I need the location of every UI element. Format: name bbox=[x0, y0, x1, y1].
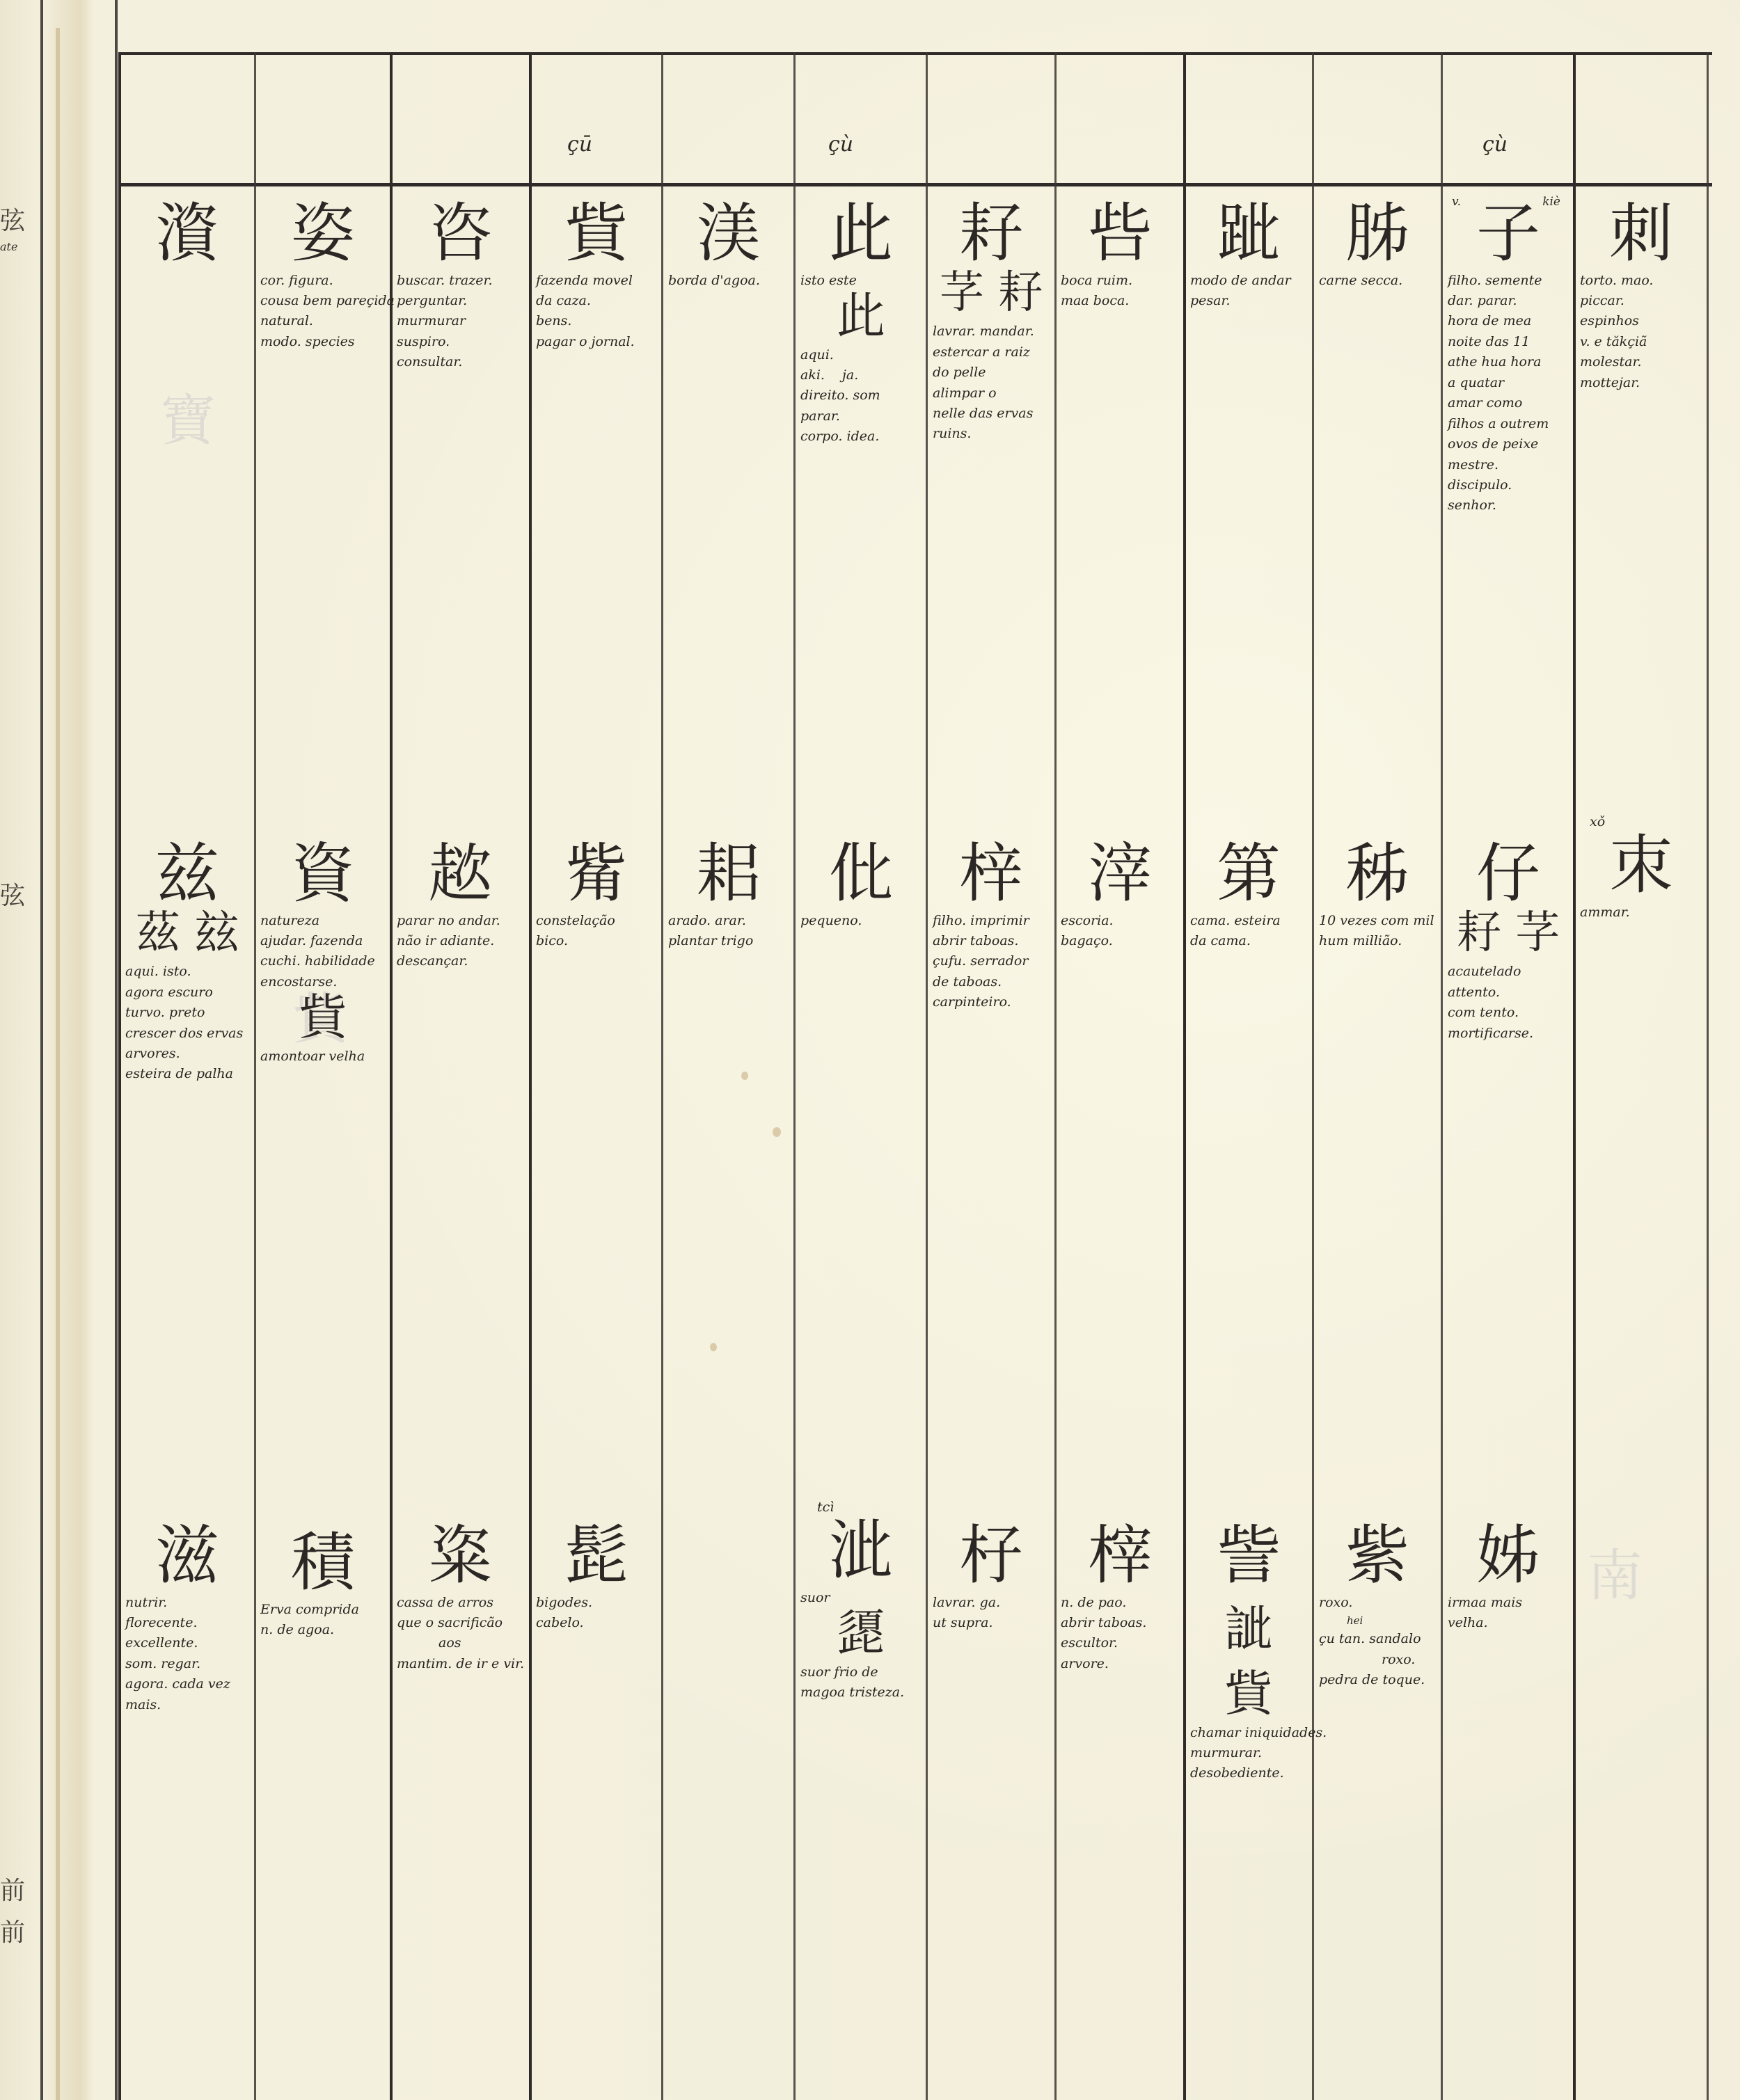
dictionary-column-5: 渼 borda d'agoa. 耜 arado. arar. plantar t… bbox=[664, 186, 793, 2100]
variant-chars: 茲 玆 bbox=[121, 908, 253, 960]
related-char: 貲 bbox=[256, 992, 390, 1044]
portuguese-gloss: irmaa mais velha. bbox=[1444, 1590, 1573, 1634]
column-rule bbox=[1707, 52, 1709, 2100]
dictionary-entry: 仔 耔 芓 acautelado attento. com tento. mor… bbox=[1444, 841, 1573, 1044]
header-reading: çū bbox=[567, 132, 592, 157]
dictionary-entry: 紫 roxo. hei çu tan. sandalo roxo. pedra … bbox=[1315, 1522, 1440, 1691]
dictionary-entry: 貲 fazenda movel da caza. bens. pagar o j… bbox=[532, 200, 661, 352]
headword-char: 姿 bbox=[256, 200, 390, 268]
dictionary-entry: 粢 cassa de arros que o sacrificão aos ma… bbox=[393, 1522, 528, 1674]
gutter-char: 前 bbox=[0, 1879, 28, 1904]
dictionary-entry: 耔 芓 耔 lavrar. mandar. estercar a raiz do… bbox=[928, 200, 1054, 445]
dictionary-entry: 此 isto este 此 aqui. aki. ja. direito. so… bbox=[796, 200, 926, 447]
portuguese-gloss: escoria. bagaço. bbox=[1057, 908, 1183, 952]
headword-char: 姊 bbox=[1444, 1522, 1573, 1590]
headword-char: 呰 bbox=[1057, 200, 1183, 268]
portuguese-gloss: arado. arar. plantar trigo bbox=[664, 908, 793, 952]
portuguese-gloss: cama. esteira da cama. bbox=[1186, 908, 1311, 952]
portuguese-gloss: bigodes. cabelo. bbox=[532, 1590, 661, 1634]
dictionary-entry: 資 natureza ajudar. fazenda cuchi. habili… bbox=[256, 841, 390, 1067]
headword-char: 觜 bbox=[532, 841, 661, 908]
headword-char: 朿 bbox=[1576, 832, 1707, 900]
column-rule bbox=[1441, 52, 1443, 2100]
table-left-border bbox=[115, 0, 118, 2100]
headword-char: 仔 bbox=[1444, 841, 1573, 908]
portuguese-gloss: n. de pao. abrir taboas. escultor. arvor… bbox=[1057, 1590, 1183, 1675]
portuguese-gloss: constelação bico. bbox=[532, 908, 661, 952]
portuguese-gloss: fazenda movel da caza. bens. pagar o jor… bbox=[532, 268, 661, 353]
dictionary-column-2: 姿 cor. figura. cousa bem pareçida natura… bbox=[256, 186, 390, 2100]
portuguese-gloss: parar no andar. não ir adiante. descança… bbox=[393, 908, 528, 972]
dictionary-entry: 滋 nutrir. florecente. excellente. som. r… bbox=[121, 1522, 253, 1715]
portuguese-gloss: carne secca. bbox=[1315, 268, 1440, 291]
gutter-char: 弦 bbox=[0, 884, 28, 909]
column-rule bbox=[793, 52, 796, 2100]
portuguese-gloss: lavrar. ga. ut supra. bbox=[928, 1590, 1054, 1634]
portuguese-gloss: filho. semente dar. parar. hora de mea n… bbox=[1444, 268, 1573, 516]
portuguese-gloss: roxo. hei çu tan. sandalo roxo. pedra de… bbox=[1315, 1590, 1440, 1691]
dictionary-column-8: 呰 boca ruim. maa boca. 滓 escoria. bagaço… bbox=[1057, 186, 1183, 2100]
dictionary-entry: 訾 訿 貲 chamar iniquidades. murmurar. deso… bbox=[1186, 1522, 1311, 1784]
dictionary-entry: 梓 filho. imprimir abrir taboas. çufu. se… bbox=[928, 841, 1054, 1013]
headword-char: 跐 bbox=[1186, 200, 1311, 268]
variant-chars: 耔 芓 bbox=[1444, 908, 1573, 960]
headword-char: 滓 bbox=[1057, 841, 1183, 908]
portuguese-gloss: ammar. bbox=[1576, 900, 1707, 923]
headword-char: 秭 bbox=[1315, 841, 1440, 908]
column-rule bbox=[661, 52, 663, 2100]
dictionary-entry: 滓 escoria. bagaço. bbox=[1057, 841, 1183, 951]
dictionary-column-12: 刺 torto. mao. piccar. espinhos v. e tăkç… bbox=[1576, 186, 1707, 2100]
headword-char: 髭 bbox=[532, 1522, 661, 1590]
dictionary-column-3: 咨 buscar. trazer. perguntar. murmurar su… bbox=[393, 186, 528, 2100]
headword-char: 耔 bbox=[928, 200, 1054, 268]
portuguese-gloss: buscar. trazer. perguntar. murmurar susp… bbox=[393, 268, 528, 373]
dictionary-entry: 刺 torto. mao. piccar. espinhos v. e tăkç… bbox=[1576, 200, 1707, 393]
variant-chars: 芓 耔 bbox=[928, 268, 1054, 319]
dictionary-column-11: v. kiè 子 filho. semente dar. parar. hora… bbox=[1444, 186, 1573, 2100]
dictionary-entry: 榟 n. de pao. abrir taboas. escultor. arv… bbox=[1057, 1522, 1183, 1674]
portuguese-gloss: aqui. isto. agora escuro turvo. preto cr… bbox=[121, 959, 253, 1085]
dictionary-entry: 胏 carne secca. bbox=[1315, 200, 1440, 291]
dictionary-entry: 第 cama. esteira da cama. bbox=[1186, 841, 1311, 951]
dictionary-entry: 髭 bigodes. cabelo. bbox=[532, 1522, 661, 1633]
headword-char: 資 bbox=[256, 841, 390, 908]
portuguese-gloss: chamar iniquidades. murmurar. desobedien… bbox=[1186, 1720, 1311, 1784]
dictionary-entry: 耜 arado. arar. plantar trigo bbox=[664, 841, 793, 951]
romanized-reading: hei bbox=[1319, 1613, 1436, 1629]
headword-char: 澬 bbox=[121, 200, 253, 268]
portuguese-gloss: amontoar velha bbox=[256, 1044, 390, 1067]
dictionary-column-6: 此 isto este 此 aqui. aki. ja. direito. so… bbox=[796, 186, 926, 2100]
headword-char: 泚 bbox=[796, 1518, 926, 1585]
portuguese-gloss: aqui. aki. ja. direito. som parar. corpo… bbox=[796, 342, 926, 447]
related-char: 此 bbox=[796, 291, 926, 342]
related-char: 訿 bbox=[1186, 1604, 1311, 1655]
headword-char: 滋 bbox=[121, 1522, 253, 1590]
portuguese-gloss: natureza ajudar. fazenda cuchi. habilida… bbox=[256, 908, 390, 993]
gutter-note: ate bbox=[0, 240, 17, 253]
portuguese-gloss: suor frio de magoa tristeza. bbox=[796, 1660, 926, 1703]
dictionary-entry: v. kiè 子 filho. semente dar. parar. hora… bbox=[1444, 195, 1573, 516]
dictionary-entry: 積 Erva comprida n. de agoa. bbox=[256, 1529, 390, 1640]
headword-char: 榟 bbox=[1057, 1522, 1183, 1590]
headword-char: 杍 bbox=[928, 1522, 1054, 1590]
portuguese-gloss: modo de andar pesar. bbox=[1186, 268, 1311, 312]
dictionary-entry: 杍 lavrar. ga. ut supra. bbox=[928, 1522, 1054, 1633]
portuguese-gloss: boca ruim. maa boca. bbox=[1057, 268, 1183, 312]
reading-annotation: kiè bbox=[1542, 195, 1560, 209]
dictionary-entry: 姊 irmaa mais velha. bbox=[1444, 1522, 1573, 1633]
gutter-char: 弦 bbox=[0, 209, 28, 234]
headword-char: 胏 bbox=[1315, 200, 1440, 268]
gutter-char: 前 bbox=[0, 1920, 28, 1946]
dictionary-entry: 姿 cor. figura. cousa bem pareçida natura… bbox=[256, 200, 390, 352]
headword-char: 刺 bbox=[1576, 200, 1707, 268]
portuguese-gloss: filho. imprimir abrir taboas. çufu. serr… bbox=[928, 908, 1054, 1013]
portuguese-gloss: lavrar. mandar. estercar a raiz do pelle… bbox=[928, 319, 1054, 445]
headword-char: 此 bbox=[796, 200, 926, 268]
dictionary-entry: 渼 borda d'agoa. bbox=[664, 200, 793, 291]
headword-char: 兹 bbox=[121, 841, 253, 908]
dictionary-entry: 趑 parar no andar. não ir adiante. descan… bbox=[393, 841, 528, 972]
column-rule bbox=[926, 52, 928, 2100]
headword-char: 仳 bbox=[796, 841, 926, 908]
header-reading: çù bbox=[828, 132, 853, 157]
dictionary-entry: 澬 bbox=[121, 200, 253, 268]
portuguese-gloss: acautelado attento. com tento. mortifica… bbox=[1444, 959, 1573, 1044]
header-reading: çù bbox=[1482, 132, 1508, 157]
headword-char: 耜 bbox=[664, 841, 793, 908]
facing-page-border-line bbox=[40, 0, 43, 2100]
dictionary-entry: 兹 茲 玆 aqui. isto. agora escuro turvo. pr… bbox=[121, 841, 253, 1085]
related-char: 頾 bbox=[796, 1608, 926, 1660]
dictionary-column-10: 胏 carne secca. 秭 10 vezes com mil hum mi… bbox=[1315, 186, 1440, 2100]
portuguese-gloss: 10 vezes com mil hum millião. bbox=[1315, 908, 1440, 952]
dictionary-column-9: 跐 modo de andar pesar. 第 cama. esteira d… bbox=[1186, 186, 1311, 2100]
portuguese-gloss: torto. mao. piccar. espinhos v. e tăkçiã… bbox=[1576, 268, 1707, 394]
related-char: 貲 bbox=[1186, 1669, 1311, 1720]
dictionary-entry: 秭 10 vezes com mil hum millião. bbox=[1315, 841, 1440, 951]
reading-annotation: v. bbox=[1452, 195, 1461, 209]
headword-char: 梓 bbox=[928, 841, 1054, 908]
dictionary-entry: 觜 constelação bico. bbox=[532, 841, 661, 951]
portuguese-gloss: cassa de arros que o sacrificão aos mant… bbox=[393, 1590, 528, 1675]
dictionary-entry: tcì 泚 suor 頾 suor frio de magoa tristeza… bbox=[796, 1495, 926, 1703]
headword-char: 積 bbox=[256, 1529, 390, 1597]
column-rule bbox=[1312, 52, 1314, 2100]
headword-char: 趑 bbox=[393, 841, 528, 908]
portuguese-gloss: nutrir. florecente. excellente. som. reg… bbox=[121, 1590, 253, 1716]
headword-char: 咨 bbox=[393, 200, 528, 268]
headword-char: 貲 bbox=[532, 200, 661, 268]
headword-char: 第 bbox=[1186, 841, 1311, 908]
portuguese-gloss: pequeno. bbox=[796, 908, 926, 931]
dictionary-entry: 跐 modo de andar pesar. bbox=[1186, 200, 1311, 311]
headword-char: 粢 bbox=[393, 1522, 528, 1590]
dictionary-column-7: 耔 芓 耔 lavrar. mandar. estercar a raiz do… bbox=[928, 186, 1054, 2100]
dictionary-entry: 咨 buscar. trazer. perguntar. murmurar su… bbox=[393, 200, 528, 373]
portuguese-gloss: Erva comprida n. de agoa. bbox=[256, 1597, 390, 1641]
dictionary-entry: 呰 boca ruim. maa boca. bbox=[1057, 200, 1183, 311]
headword-char: 渼 bbox=[664, 200, 793, 268]
headword-char: 紫 bbox=[1315, 1522, 1440, 1590]
book-fold bbox=[56, 28, 60, 2100]
table-top-rule bbox=[118, 52, 1712, 55]
portuguese-gloss: borda d'agoa. bbox=[664, 268, 793, 291]
dictionary-column-1: 澬 兹 茲 玆 aqui. isto. agora escuro turvo. … bbox=[121, 186, 253, 2100]
headword-char: 訾 bbox=[1186, 1522, 1311, 1590]
facing-page-gutter: 弦 ate 弦 前 前 bbox=[0, 0, 118, 2100]
dictionary-entry: 仳 pequeno. bbox=[796, 841, 926, 931]
portuguese-gloss: cor. figura. cousa bem pareçida natural.… bbox=[256, 268, 390, 353]
dictionary-column-4: 貲 fazenda movel da caza. bens. pagar o j… bbox=[532, 186, 661, 2100]
dictionary-entry: xǒ 朿 ammar. bbox=[1576, 809, 1707, 923]
